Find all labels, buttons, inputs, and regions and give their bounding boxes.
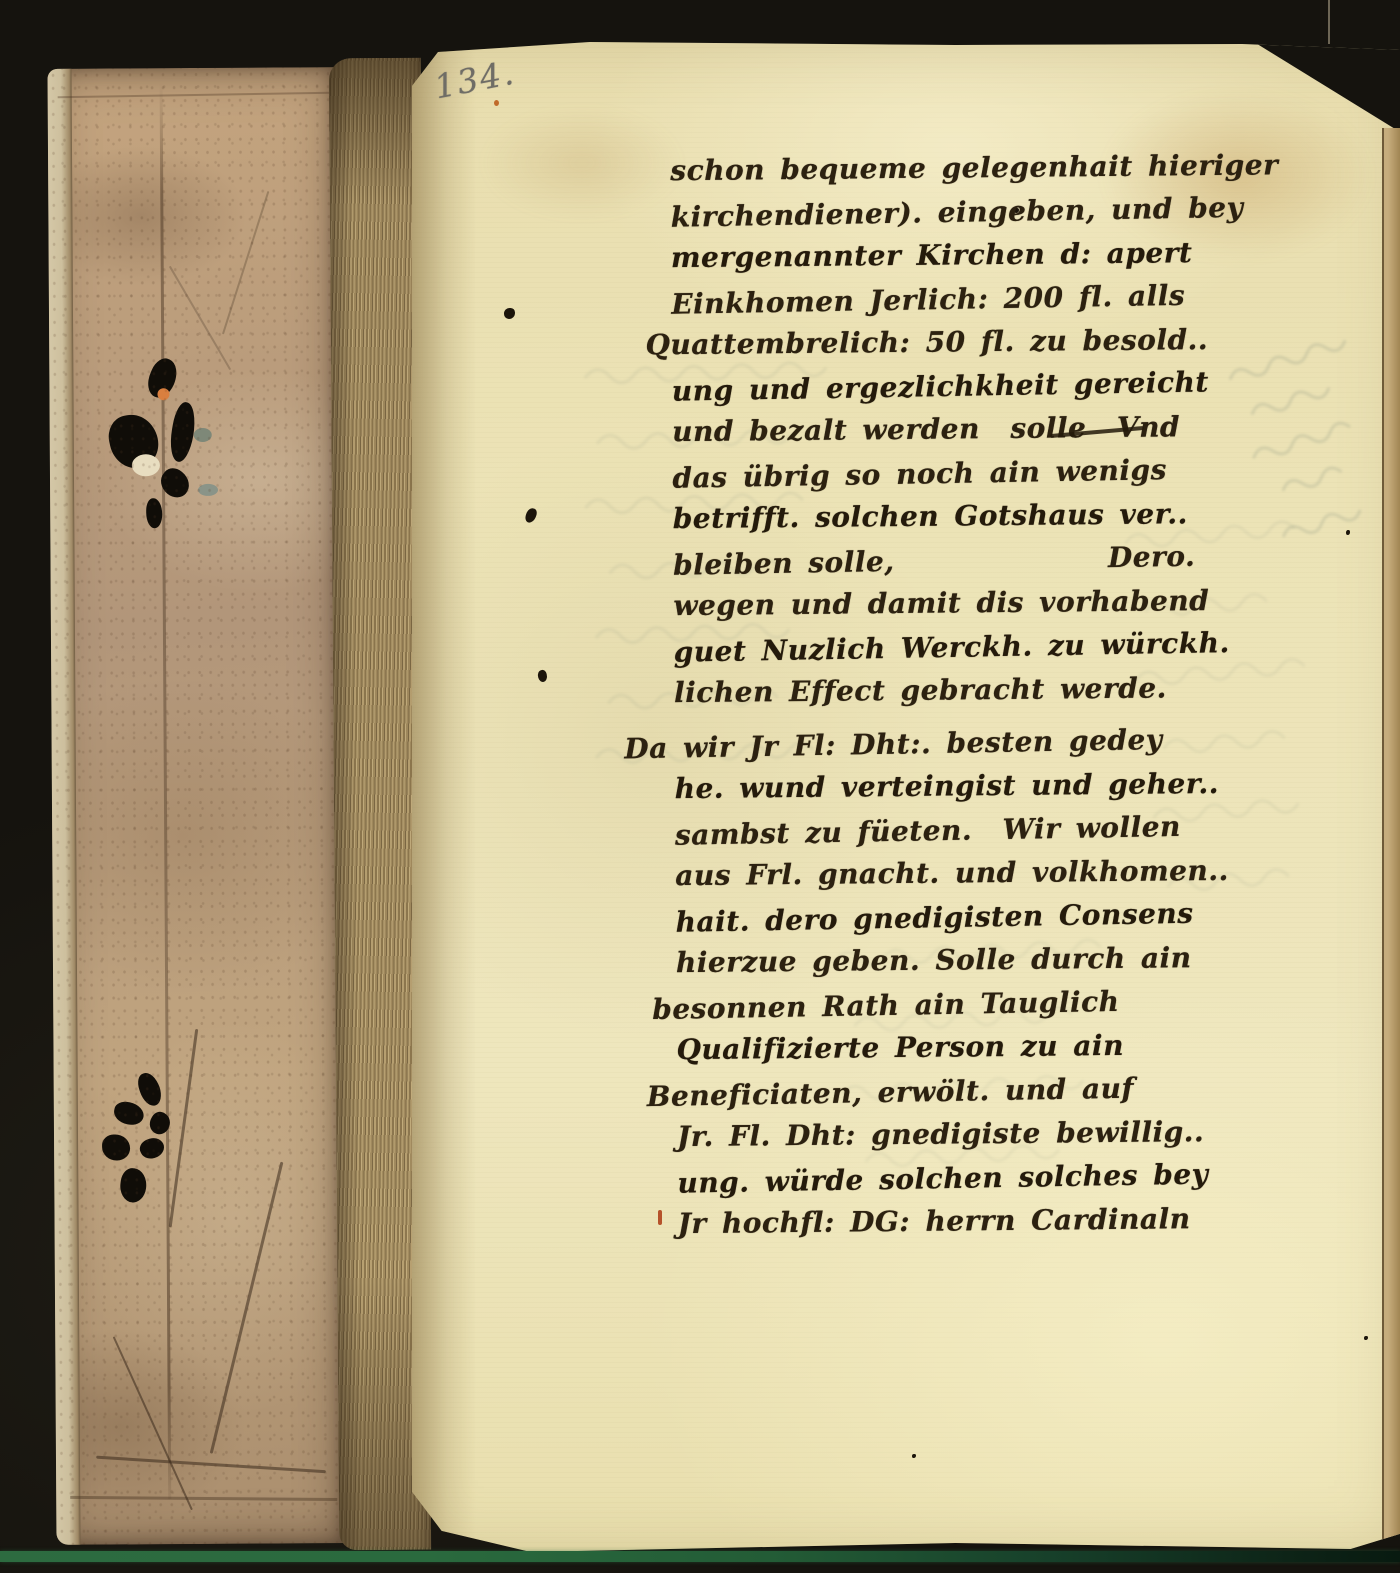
hole-blob xyxy=(146,1109,174,1138)
cover-crack xyxy=(96,1456,326,1474)
ink-speck xyxy=(537,669,549,683)
hole-fragment xyxy=(198,484,218,496)
hole-blob xyxy=(135,1070,165,1109)
hole-blob xyxy=(167,401,199,464)
wormhole-damage xyxy=(96,1072,217,1213)
hole-fragment xyxy=(157,388,169,400)
hole-blob xyxy=(102,1134,130,1160)
cover-turnin-bottom xyxy=(70,1496,337,1501)
hole-blob xyxy=(105,410,163,473)
red-dot-mark xyxy=(494,100,499,106)
cover-turnin-top xyxy=(58,92,331,99)
manuscript-text-block: schon bequeme gelegenhait hierigerkirche… xyxy=(670,144,1338,1245)
manuscript-line: lichen Effect gebracht werde. xyxy=(674,665,1334,715)
ink-speck xyxy=(912,1454,916,1458)
gutter-shadow xyxy=(412,42,476,1552)
hole-fragment xyxy=(132,454,160,476)
dust-thread xyxy=(1328,0,1330,44)
hole-blob xyxy=(118,1167,148,1204)
cover-fold-crease xyxy=(160,82,172,1499)
cover-crack xyxy=(210,1162,284,1454)
ink-speck xyxy=(524,507,539,525)
hole-blob xyxy=(155,464,195,503)
hole-blob xyxy=(146,498,162,528)
red-ink-dash xyxy=(658,1210,662,1225)
hole-fragment xyxy=(194,428,212,442)
faint-stain xyxy=(482,108,682,218)
wormhole-damage xyxy=(101,358,242,529)
hole-blob xyxy=(142,355,182,402)
cover-crack xyxy=(222,191,269,335)
cover-crack xyxy=(169,266,231,371)
scanner-bed-strip xyxy=(0,1551,1400,1562)
cover-crack xyxy=(169,1029,199,1228)
hole-blob xyxy=(137,1134,167,1162)
underlying-page-edge xyxy=(1382,128,1400,1540)
manuscript-photo: 134. xyxy=(0,0,1400,1573)
ink-speck xyxy=(1364,1336,1368,1340)
manuscript-line: Jr hochfl: DG: herrn Cardinaln xyxy=(677,1196,1337,1246)
book-cover xyxy=(47,67,346,1545)
manuscript-page: 134. xyxy=(412,42,1400,1552)
hole-blob xyxy=(112,1100,146,1128)
cover-spine-edge xyxy=(47,69,80,1545)
cover-crack xyxy=(113,1336,193,1510)
ink-speck xyxy=(504,308,515,319)
